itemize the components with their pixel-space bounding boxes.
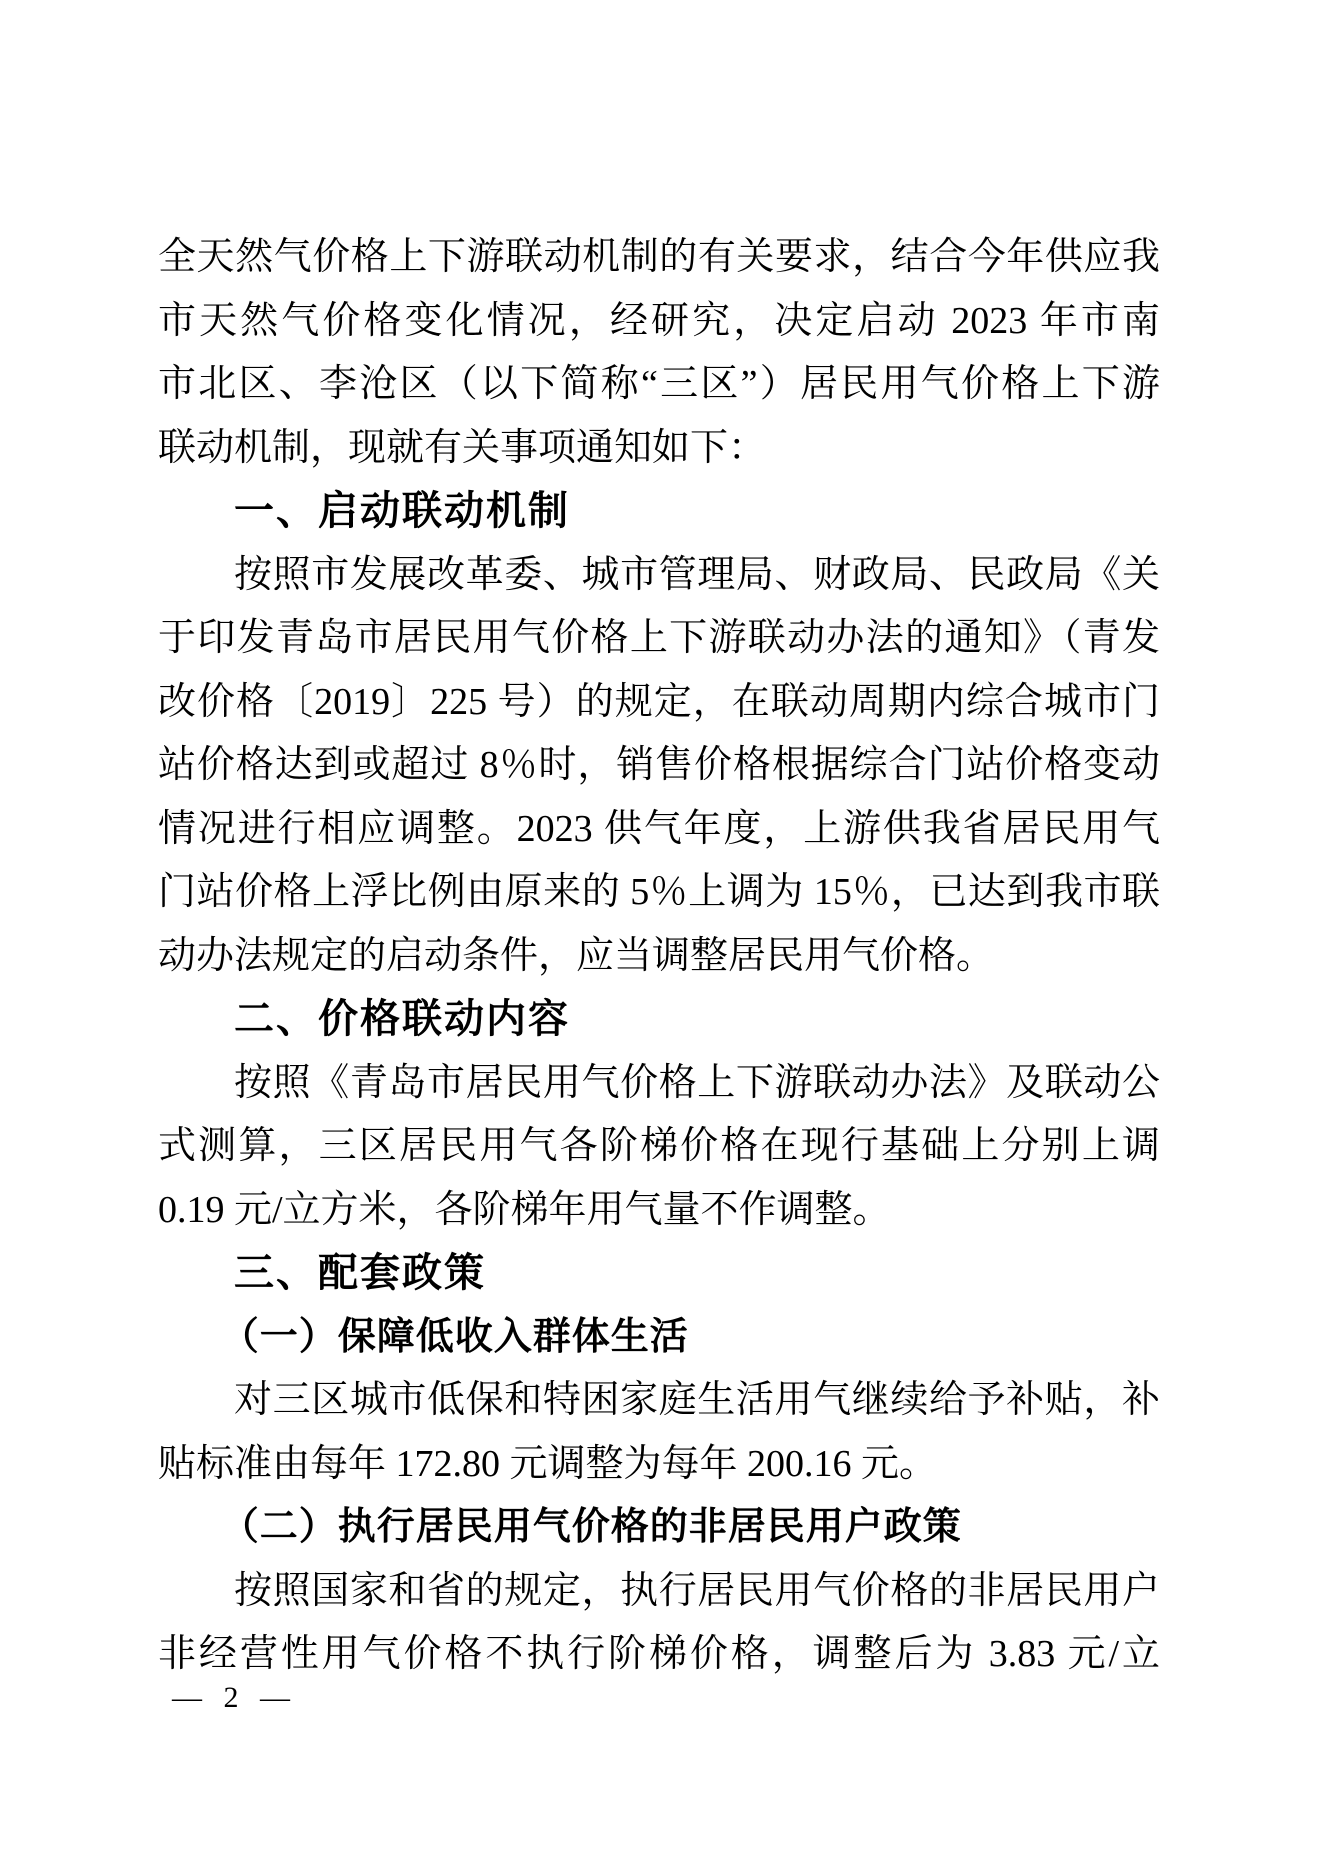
paragraph-line: 门站价格上浮比例由原来的 5％上调为 15％，已达到我市联 xyxy=(158,861,1160,925)
paragraph-line: 按照市发展改革委、城市管理局、财政局、民政局《关 xyxy=(158,544,1160,608)
document-body: 全天然气价格上下游联动机制的有关要求，结合今年供应我 市天然气价格变化情况，经研… xyxy=(158,226,1160,1687)
paragraph-line: 于印发青岛市居民用气价格上下游联动办法的通知》（青发 xyxy=(158,607,1160,671)
heading-section-1: 一、启动联动机制 xyxy=(158,480,1160,544)
paragraph-line: 贴标准由每年 172.80 元调整为每年 200.16 元。 xyxy=(158,1433,1160,1497)
paragraph-line: 非经营性用气价格不执行阶梯价格，调整后为 3.83 元/立 xyxy=(158,1623,1160,1687)
paragraph-line: 动办法规定的启动条件，应当调整居民用气价格。 xyxy=(158,925,1160,989)
paragraph-line: 站价格达到或超过 8％时，销售价格根据综合门站价格变动 xyxy=(158,734,1160,798)
paragraph-line: 对三区城市低保和特困家庭生活用气继续给予补贴，补 xyxy=(158,1369,1160,1433)
heading-section-3: 三、配套政策 xyxy=(158,1242,1160,1306)
document-page: 全天然气价格上下游联动机制的有关要求，结合今年供应我 市天然气价格变化情况，经研… xyxy=(0,0,1323,1871)
paragraph-line: 市天然气价格变化情况，经研究，决定启动 2023 年市南区、 xyxy=(158,290,1160,354)
paragraph-line: 市北区、李沧区（以下简称“三区”）居民用气价格上下游 xyxy=(158,353,1160,417)
subheading-3-2: （二）执行居民用气价格的非居民用户政策 xyxy=(158,1496,1160,1560)
paragraph-line: 全天然气价格上下游联动机制的有关要求，结合今年供应我 xyxy=(158,226,1160,290)
paragraph-line: 按照《青岛市居民用气价格上下游联动办法》及联动公 xyxy=(158,1052,1160,1116)
paragraph-line: 改价格〔2019〕225 号）的规定，在联动周期内综合城市门 xyxy=(158,671,1160,735)
paragraph-line: 0.19 元/立方米，各阶梯年用气量不作调整。 xyxy=(158,1179,1160,1243)
page-number: — 2 — xyxy=(172,1678,290,1718)
paragraph-line: 联动机制，现就有关事项通知如下： xyxy=(158,417,1160,481)
paragraph-line: 按照国家和省的规定，执行居民用气价格的非居民用户 xyxy=(158,1560,1160,1624)
subheading-3-1: （一）保障低收入群体生活 xyxy=(158,1306,1160,1370)
heading-section-2: 二、价格联动内容 xyxy=(158,988,1160,1052)
paragraph-line: 式测算，三区居民用气各阶梯价格在现行基础上分别上调 xyxy=(158,1115,1160,1179)
paragraph-line: 情况进行相应调整。2023 供气年度，上游供我省居民用气 xyxy=(158,798,1160,862)
